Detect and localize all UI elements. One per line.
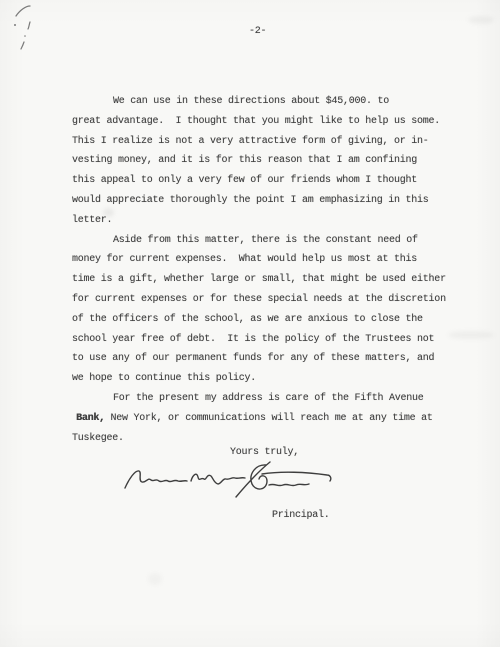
letter-line: letter. [72, 211, 464, 231]
letter-line: This I realize is not a very attractive … [72, 132, 464, 152]
letter-line: money for current expenses. What would h… [72, 250, 464, 270]
letter-line: school year free of debt. It is the poli… [72, 330, 464, 350]
scan-smudge [468, 16, 494, 24]
overstruck-word: Bank, [76, 413, 105, 424]
pencil-mark-icon [8, 2, 52, 54]
letter-body: We can use in these directions about $45… [72, 92, 464, 448]
letter-line: time is a gift, whether large or small, … [72, 270, 464, 290]
letter-line: this appeal to only a very few of our fr… [72, 171, 464, 191]
letter-line: to use any of our permanent funds for an… [72, 349, 464, 369]
letter-line: great advantage. I thought that you migh… [72, 112, 464, 132]
letter-line: for current expenses or for these specia… [72, 290, 464, 310]
letter-page: -2- We can use in these directions about… [0, 0, 500, 647]
letter-line: For the present my address is care of th… [72, 389, 464, 409]
letter-line: Tuskegee. [72, 429, 464, 449]
letter-line: Bank, New York, or communications will r… [72, 409, 464, 429]
signature-script [121, 457, 336, 503]
letter-line: would appreciate thoroughly the point I … [72, 191, 464, 211]
scan-smudge [148, 573, 162, 585]
letter-line: Aside from this matter, there is the con… [72, 231, 464, 251]
letter-line: of the officers of the school, as we are… [72, 310, 464, 330]
letter-line: vesting money, and it is for this reason… [72, 151, 464, 171]
letter-line: We can use in these directions about $45… [72, 92, 464, 112]
letter-line: we hope to continue this policy. [72, 369, 464, 389]
signature-title: Principal. [272, 510, 330, 521]
page-number: -2- [249, 26, 266, 37]
